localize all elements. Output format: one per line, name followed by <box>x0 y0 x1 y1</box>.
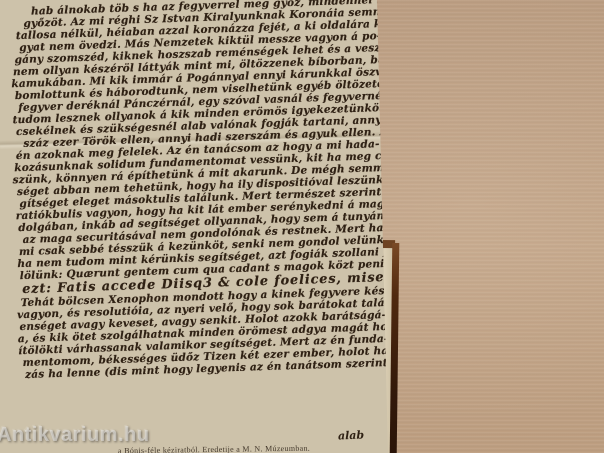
manuscript-page: hab álnokab töb s ha az fegyverrel meg g… <box>0 0 392 453</box>
manuscript-text: hab álnokab töb s ha az fegyverrel meg g… <box>7 0 399 381</box>
catchword: alab <box>338 429 365 443</box>
antikvarium-watermark: Antikvarium.hu <box>0 424 150 447</box>
manuscript-photo: hab álnokab töb s ha az fegyverrel meg g… <box>0 0 604 453</box>
